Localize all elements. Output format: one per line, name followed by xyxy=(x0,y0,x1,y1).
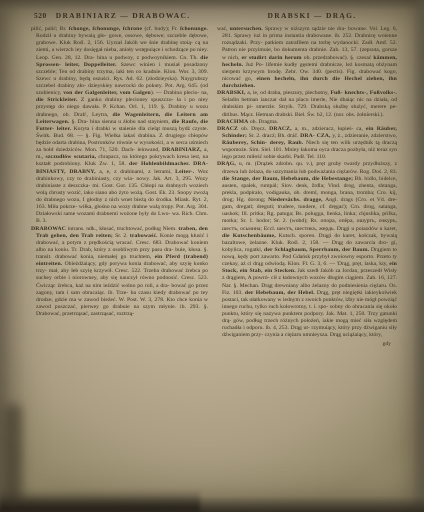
scan-smudge xyxy=(4,404,22,504)
column-left: pilić, palić; Br. ſchonge, ſchonunge, ſc… xyxy=(31,26,208,318)
headword-or-gloss: ſchonge, ſchonunge, ſchrone xyxy=(69,26,142,32)
headword-or-gloss: von der Galgenleiter, vom Galgen xyxy=(63,90,151,96)
column-right: wać, untersuchen. Sprawy w niższym sądzi… xyxy=(217,26,397,348)
page-number: 520 xyxy=(34,11,47,20)
entry-text: (cf. budy); Fr. xyxy=(142,26,180,32)
headword-or-gloss: DRABSKI, xyxy=(217,90,246,96)
headword-or-gloss: untersuchen. xyxy=(230,26,263,32)
entry-text: Sr. 2. xyxy=(113,233,130,239)
entry-text: ). — Drabina plecio- na, xyxy=(151,90,208,96)
headword-or-gloss: Fuß- knechts-, Fußvolks-. xyxy=(330,90,397,96)
scan-edge-top xyxy=(0,0,424,10)
headword-or-gloss: die Kutschenbäume, xyxy=(222,233,276,239)
entry-text: intrans. ndk., kłusać, truchtować, podłu… xyxy=(66,226,178,232)
headword-or-gloss: Niedersächs. dragge, xyxy=(268,197,323,203)
headword-or-gloss: szczudłów scutaria, xyxy=(45,154,96,160)
entry-paragraph: DRABOWAC intrans. ndk., kłusać, truchtow… xyxy=(31,226,208,319)
scanned-dictionary-page: 520 DRABINIARZ — DRABOWAC. DRABSKI — DRĄ… xyxy=(0,0,424,512)
entry-paragraph: DRĄG, u, m. (Drążek zdrobn. qu. v.), prę… xyxy=(217,161,397,339)
entry-text: a, e, z drabinami, z letrami, xyxy=(96,169,175,175)
headword-or-gloss: DRA- CZA, xyxy=(300,133,331,139)
scan-edge-bottom-left xyxy=(0,490,200,512)
headword-or-gloss: DRACZ, xyxy=(269,126,292,132)
headword-or-gloss: Räuberey, Schin- derey, Raub. xyxy=(222,140,303,146)
running-head-left-title: DRABINIARZ — DRABOWAC. xyxy=(56,11,191,20)
headword-or-gloss: trabowaść. xyxy=(130,233,158,239)
headword-or-gloss: die Stange, der Baum, Hebebaum, die Hebe… xyxy=(222,176,353,182)
entry-text: ob. Dragma. xyxy=(248,119,278,125)
entry-text: a, m., zdzieracz, łupieś- ca, xyxy=(292,126,366,132)
headword-or-gloss: ſchonunge. xyxy=(180,26,208,32)
entry-paragraph: DRACZ ob. Dręcz. DRACZ, a, m., zdzieracz… xyxy=(217,126,397,162)
entry-text: Obieżdżaiący, gdy porywa konia drabować,… xyxy=(36,261,208,317)
entry-text: wać, xyxy=(217,26,230,32)
entry-text: Sr. 2. dracż; Bh. dráč. xyxy=(247,133,300,139)
entry-text: Seladin hetman ianczar dał na placu imer… xyxy=(222,97,397,117)
running-head-right-title: DRABSKI — DRĄG. xyxy=(268,11,357,20)
entry-text: ob. przedrabować). §. czesać xyxy=(302,55,374,61)
headword-or-gloss: der Schlagbaum, Sperrbaum, der Baum. xyxy=(264,247,369,253)
catchword: gdy xyxy=(217,341,397,348)
running-head-right: DRABSKI — DRĄG. xyxy=(228,11,396,20)
entry-paragraph: DRABSKI, a, ie, od draba, pieszury, piec… xyxy=(217,90,397,119)
entry-text: u, m. (Drążek zdrobn. qu. v.), pręt grub… xyxy=(222,161,397,174)
scan-edge-right xyxy=(412,0,424,512)
headword-or-gloss: er studirt darin herum xyxy=(241,55,301,61)
entry-text: Woz drabinkowy, czy to drabiniasty, czy … xyxy=(36,169,208,225)
headword-or-gloss: DRĄG, xyxy=(217,161,236,167)
headword-or-gloss: der Hohlenbildmacher. xyxy=(129,161,190,167)
headword-or-gloss: DRACZ xyxy=(217,126,238,132)
entry-text: a, ie, od draba, pieszury, piechotny, xyxy=(246,90,331,96)
entry-text: Rodził u drabiny bywaią gło- gowe, ossow… xyxy=(36,33,208,60)
entry-paragraph: wać, untersuchen. Sprawy w niższym sądzi… xyxy=(217,26,397,90)
entry-text: Drąg, pręt niegiętki iakieykolwiek posta… xyxy=(222,290,397,339)
entry-text: ob. Dręcz. xyxy=(238,126,269,132)
entry-text: §. Dra- bina sienna u żłobu nad stayniem… xyxy=(70,119,172,125)
headword-or-gloss: Leiter-. xyxy=(175,169,194,175)
entry-paragraph: DRACHMA ob. Dragma. xyxy=(217,119,397,126)
entry-text: y, ż., zdzieranie, zdzierstwo, xyxy=(331,133,397,139)
entry-paragraph: pilić, palić; Br. ſchonge, ſchonunge, ſc… xyxy=(31,26,208,226)
entry-text: pilić, palić; Br. xyxy=(31,26,69,32)
headword-or-gloss: DRABOWAC xyxy=(31,226,66,232)
headword-or-gloss: der Hebebaum, der Hebel. xyxy=(245,290,315,296)
headword-or-gloss: DRABINIARZ, xyxy=(162,147,202,153)
headword-or-gloss: DRACHMA xyxy=(217,119,248,125)
headword-or-gloss: die Strickleiter. xyxy=(36,97,78,103)
running-head-left: 520 DRABINIARZ — DRABOWAC. xyxy=(34,11,210,20)
